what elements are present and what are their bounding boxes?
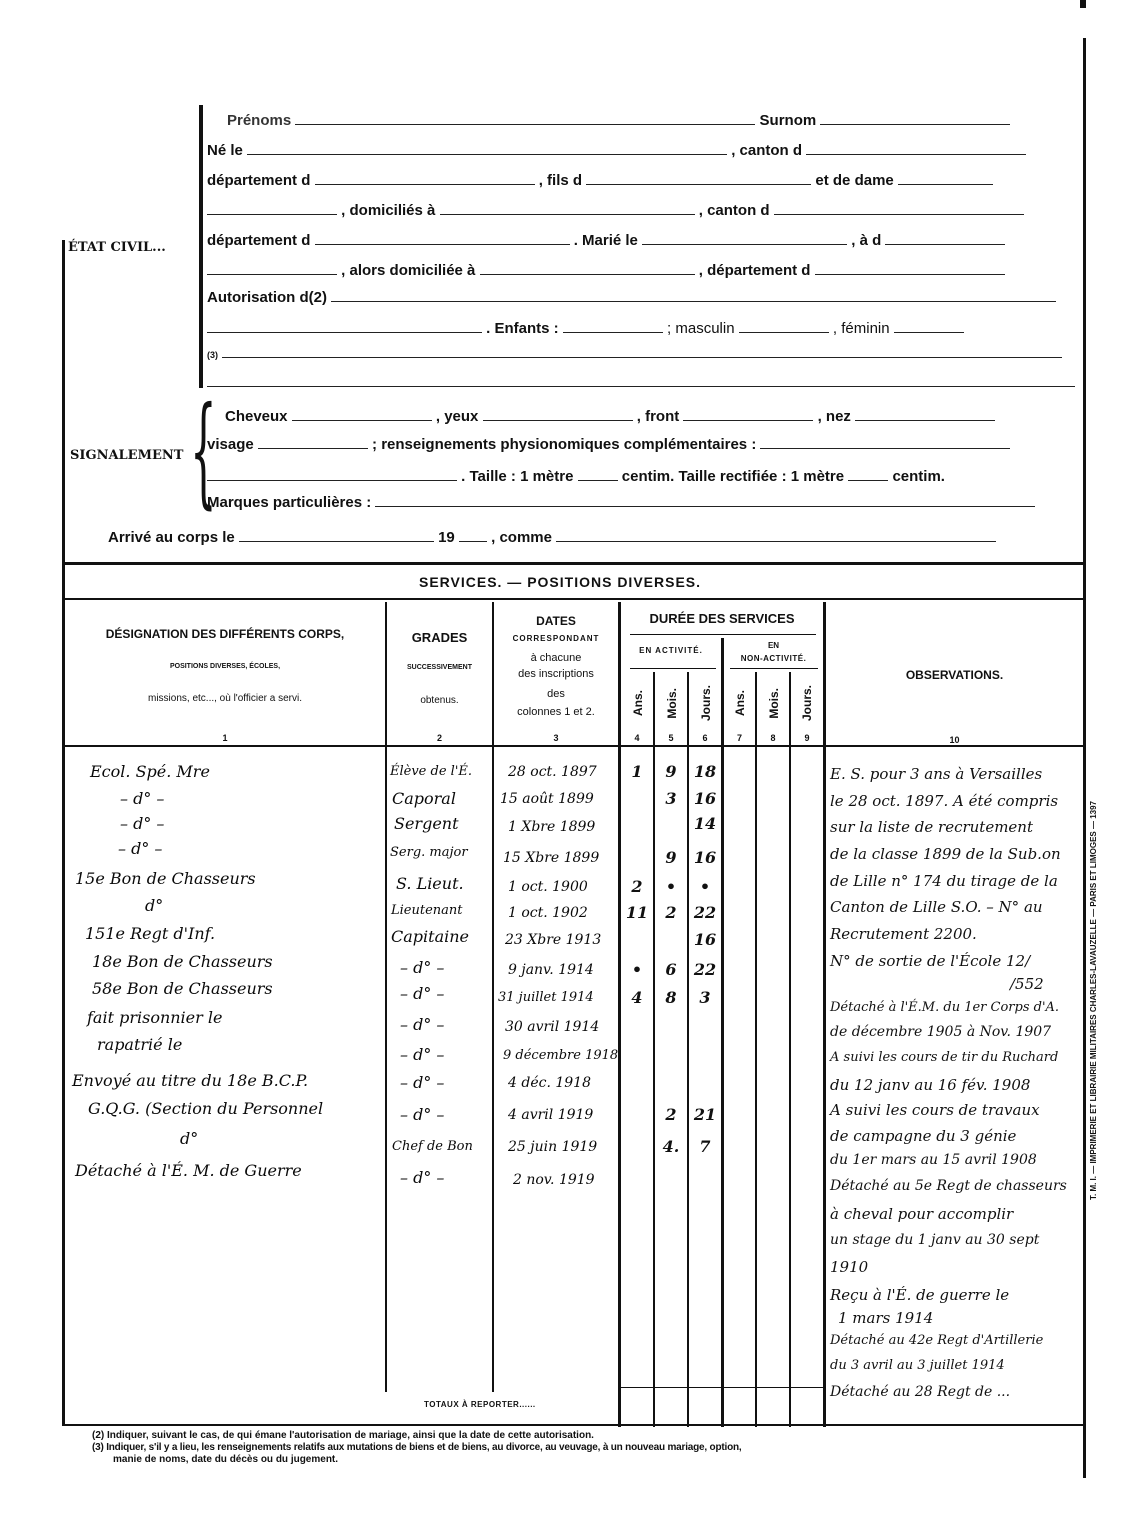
row-7-jours: 22 <box>689 955 721 985</box>
row-9-date: 30 avril 1914 <box>505 1012 599 1042</box>
obs-line-16: Détaché au 5e Regt de chasseurs <box>830 1178 1067 1194</box>
row-10-date: 9 décembre 1918 <box>503 1041 618 1071</box>
field-front[interactable] <box>683 406 813 421</box>
field-canton-1[interactable] <box>806 140 1026 155</box>
label-dame: et de dame <box>815 172 893 189</box>
label-comme: , comme <box>491 529 552 546</box>
label-taille: . Taille : 1 mètre <box>461 468 573 485</box>
sub-jours-1: Jours. <box>699 685 713 721</box>
row-autorisation: Autorisation d(2) <box>207 287 1080 311</box>
obs-line-8: /552 <box>1010 975 1044 993</box>
sub-num-9: 9 <box>791 733 823 743</box>
field-alors-pre[interactable] <box>207 260 337 275</box>
field-departement-2[interactable] <box>315 230 570 245</box>
row-2-jours: 14 <box>689 809 721 839</box>
observations-header: OBSERVATIONS. <box>826 668 1083 682</box>
observations-number: 10 <box>826 735 1083 745</box>
duree-header: DURÉE DES SERVICES <box>621 611 823 626</box>
label-marques: Marques particulières : <box>207 494 371 511</box>
label-visage: visage <box>207 436 254 453</box>
footnote-2: (2) Indiquer, suivant le cas, de qui éma… <box>92 1430 594 1441</box>
label-ne-le: Né le <box>207 142 243 159</box>
label-surnom: Surnom <box>760 112 817 129</box>
field-domicile-pre[interactable] <box>207 200 337 215</box>
row-0-mois: 9 <box>655 757 687 787</box>
row-6-date: 23 Xbre 1913 <box>505 925 601 955</box>
col-divider-2 <box>492 602 494 1392</box>
duree-brace <box>630 634 816 635</box>
row-0-jours: 18 <box>689 757 721 787</box>
row-13-jours: 7 <box>689 1132 721 1162</box>
field-pere[interactable] <box>586 170 811 185</box>
label-alors-domiciliee: , alors domiciliée à <box>341 262 475 279</box>
col3-header-line2: CORRESPONDANT <box>494 634 618 643</box>
field-note-3-cont[interactable] <box>207 372 1075 387</box>
field-autorisation-cont[interactable] <box>207 318 482 333</box>
obs-line-7: N° de sortie de l'École 12/ <box>830 952 1030 970</box>
row-3-mois: 9 <box>655 843 687 873</box>
row-1-date: 15 août 1899 <box>500 784 594 814</box>
side-imprint: T. M. I. — IMPRIMERIE ET LIBRAIRIE MILIT… <box>1089 620 1098 1200</box>
non-activite-brace <box>730 668 818 669</box>
row-11-date: 4 déc. 1918 <box>508 1068 591 1098</box>
obs-line-23: du 3 avril au 3 juillet 1914 <box>830 1358 1005 1373</box>
field-enfants[interactable] <box>563 318 663 333</box>
right-border <box>1083 38 1086 1478</box>
row-1-mois: 3 <box>655 784 687 814</box>
row-2-date: 1 Xbre 1899 <box>508 812 595 842</box>
row-8-mois: 8 <box>655 983 687 1013</box>
obs-line-9: Détaché à l'É.M. du 1er Corps d'A. <box>830 1000 1059 1015</box>
left-border <box>62 240 65 1425</box>
obs-line-20: Reçu à l'É. de guerre le <box>830 1286 1009 1304</box>
obs-line-12: du 12 janv au 16 fév. 1908 <box>830 1076 1030 1094</box>
row-6-grade: Capitaine <box>391 922 469 952</box>
etat-civil-label: ÉTAT CIVIL... <box>68 240 166 255</box>
field-cheveux[interactable] <box>292 406 432 421</box>
field-arrive-year[interactable] <box>459 527 487 542</box>
obs-line-3: de la classe 1899 de la Sub.on <box>830 845 1061 863</box>
col1-header-line2: POSITIONS DIVERSES, ÉCOLES, <box>66 663 384 670</box>
row-marie: département d . Marié le , à d <box>207 230 1080 254</box>
row-14-corps: Détaché à l'É. M. de Guerre <box>75 1156 302 1186</box>
col3-header-line4: des inscriptions <box>494 668 618 680</box>
col-divider-jours <box>721 638 724 1427</box>
field-alors-domiciliee[interactable] <box>480 260 695 275</box>
services-top-rule <box>65 562 1083 565</box>
label-note-3: (3) <box>207 350 218 360</box>
field-arrive-date[interactable] <box>239 527 434 542</box>
sub-num-5: 5 <box>655 733 687 743</box>
label-yeux: , yeux <box>436 408 479 425</box>
row-8-ans: 4 <box>621 983 653 1013</box>
obs-line-4: de Lille n° 174 du tirage de la <box>830 872 1058 890</box>
row-5-mois: 2 <box>655 898 687 928</box>
row-8-corps: 58e Bon de Chasseurs <box>92 974 273 1004</box>
footnote-3-cont: manie de noms, date du décès ou du jugem… <box>113 1454 338 1465</box>
row-8-date: 31 juillet 1914 <box>498 983 594 1013</box>
col3-header-line6: colonnes 1 et 2. <box>494 706 618 718</box>
row-note-3-cont <box>207 372 1080 396</box>
label-departement-2: département d <box>207 232 310 249</box>
label-centim: centim. <box>892 468 945 485</box>
col2-header-line2: SUCCESSIVEMENT <box>387 664 492 671</box>
row-13-grade: Chef de Bon <box>392 1132 473 1162</box>
row-7-corps: 18e Bon de Chasseurs <box>92 947 273 977</box>
row-prenoms: Prénoms Surnom <box>207 110 1080 134</box>
label-fils: , fils d <box>539 172 582 189</box>
label-a-d: , à d <box>851 232 881 249</box>
label-nez: , nez <box>818 408 851 425</box>
col3-header-line1: DATES <box>494 614 618 628</box>
obs-line-22: Détaché au 42e Regt d'Artillerie <box>830 1333 1043 1348</box>
row-departement-fils: département d , fils d et de dame <box>207 170 1080 194</box>
col2-number: 2 <box>387 733 492 743</box>
col1-header-line1: DÉSIGNATION DES DIFFÉRENTS CORPS, <box>66 627 384 641</box>
row-14-grade: – d° – <box>400 1163 444 1193</box>
services-bottom-rule <box>65 598 1083 600</box>
col1-header-line3: missions, etc..., où l'officier a servi. <box>66 693 384 704</box>
row-cheveux: Cheveux , yeux , front , nez <box>225 406 1080 430</box>
obs-line-6: Recrutement 2200. <box>830 925 977 943</box>
sub-num-8: 8 <box>757 733 789 743</box>
label-taille-rectifiee: centim. Taille rectifiée : 1 mètre <box>622 468 844 485</box>
label-prenoms: Prénoms <box>227 112 291 129</box>
field-renseignements[interactable] <box>760 434 1010 449</box>
sub-ans-2: Ans. <box>733 690 747 716</box>
field-taille-centim[interactable] <box>578 466 618 481</box>
field-autorisation[interactable] <box>331 287 1056 302</box>
obs-line-24: Détaché au 28 Regt de ... <box>830 1384 1010 1400</box>
row-10-grade: – d° – <box>400 1040 444 1070</box>
label-domicilies: , domiciliés à <box>341 202 435 219</box>
row-0-corps: Ecol. Spé. Mre <box>90 757 210 787</box>
sub-num-6: 6 <box>689 733 721 743</box>
col-divider-3 <box>618 602 621 1427</box>
row-3-jours: 16 <box>689 843 721 873</box>
label-enfants: . Enfants : <box>486 320 559 337</box>
label-marie-le: . Marié le <box>574 232 638 249</box>
signalement-label: SIGNALEMENT <box>70 448 183 463</box>
col3-header-line3: à chacune <box>494 652 618 664</box>
row-12-mois: 2 <box>655 1100 687 1130</box>
label-front: , front <box>637 408 680 425</box>
en-activite-header: EN ACTIVITÉ. <box>621 646 721 655</box>
obs-line-15: du 1er mars au 15 avril 1908 <box>830 1152 1037 1168</box>
obs-line-10: de décembre 1905 à Nov. 1907 <box>830 1024 1051 1040</box>
label-canton: , canton d <box>731 142 802 159</box>
sub-num-4: 4 <box>621 733 653 743</box>
sub-mois-2: Mois. <box>767 688 781 719</box>
header-bottom-rule <box>65 745 1083 747</box>
row-5-ans: 11 <box>621 898 653 928</box>
row-note-3: (3) <box>207 343 1080 367</box>
sub-num-7: 7 <box>724 733 755 743</box>
services-title: SERVICES. — POSITIONS DIVERSES. <box>65 574 1055 590</box>
col1-number: 1 <box>66 733 384 743</box>
row-taille: . Taille : 1 mètre centim. Taille rectif… <box>207 466 1080 490</box>
col-divider-mois2 <box>789 672 791 1427</box>
row-7-mois: 6 <box>655 955 687 985</box>
col2-header-line1: GRADES <box>387 630 492 645</box>
footnote-3: (3) Indiquer, s'il y a lieu, les renseig… <box>92 1442 741 1453</box>
obs-line-5: Canton de Lille S.O. – N° au <box>830 898 1043 916</box>
sub-mois-1: Mois. <box>665 688 679 719</box>
col3-header-line5: des <box>494 688 618 700</box>
obs-line-1: le 28 oct. 1897. A été compris <box>830 792 1058 810</box>
row-3-grade: Serg. major <box>390 838 468 868</box>
label-arrive: Arrivé au corps le <box>108 529 235 546</box>
row-8-jours: 3 <box>689 983 721 1013</box>
sub-ans-1: Ans. <box>631 690 645 716</box>
label-year-19: 19 <box>438 529 455 546</box>
row-0-grade: Élève de l'É. <box>390 757 472 787</box>
totals-rule <box>621 1387 823 1388</box>
label-departement: département d <box>207 172 310 189</box>
row-13-corps: d° <box>180 1124 198 1154</box>
field-departement-3[interactable] <box>815 260 1005 275</box>
field-domicilies[interactable] <box>440 200 695 215</box>
non-activite-header-2: NON-ACTIVITÉ. <box>724 654 823 663</box>
field-note-3[interactable] <box>222 343 1062 358</box>
obs-line-2: sur la liste de recrutement <box>830 818 1033 836</box>
row-7-ans: • <box>621 955 653 985</box>
field-masculin[interactable] <box>739 318 829 333</box>
row-13-date: 25 juin 1919 <box>508 1132 597 1162</box>
etat-civil-brace <box>199 105 203 388</box>
row-ne-le: Né le , canton d <box>207 140 1080 164</box>
row-3-corps: – d° – <box>118 834 162 864</box>
label-feminin: , féminin <box>833 320 890 337</box>
row-9-corps: fait prisonnier le <box>87 1003 222 1033</box>
row-0-ans: 1 <box>621 757 653 787</box>
obs-line-21: 1 mars 1914 <box>838 1309 933 1327</box>
col3-number: 3 <box>494 733 618 743</box>
row-14-date: 2 nov. 1919 <box>513 1165 595 1195</box>
obs-line-19: 1910 <box>830 1258 868 1276</box>
field-yeux[interactable] <box>483 406 633 421</box>
row-enfants: . Enfants : ; masculin , féminin <box>207 318 1080 342</box>
row-8-grade: – d° – <box>400 979 444 1009</box>
label-masculin: ; masculin <box>667 320 735 337</box>
row-domicilies: , domiciliés à , canton d <box>207 200 1080 224</box>
label-autorisation: Autorisation d(2) <box>207 289 327 306</box>
obs-line-18: un stage du 1 janv au 30 sept <box>830 1232 1039 1248</box>
obs-line-14: de campagne du 3 génie <box>830 1127 1016 1145</box>
activite-brace <box>630 668 716 669</box>
row-12-jours: 21 <box>689 1100 721 1130</box>
row-7-date: 9 janv. 1914 <box>508 955 594 985</box>
row-3-date: 15 Xbre 1899 <box>503 843 599 873</box>
field-marie-le[interactable] <box>642 230 847 245</box>
label-cheveux: Cheveux <box>225 408 288 425</box>
row-5-jours: 22 <box>689 898 721 928</box>
table-bottom-rule <box>62 1424 1083 1426</box>
row-4-grade: S. Lieut. <box>396 869 464 899</box>
field-prenoms[interactable] <box>295 110 755 125</box>
top-right-mark <box>1080 0 1086 8</box>
row-4-corps: 15e Bon de Chasseurs <box>75 864 256 894</box>
row-5-corps: d° <box>145 891 163 921</box>
row-10-corps: rapatrié le <box>97 1030 182 1060</box>
col-divider-ans2 <box>755 672 757 1427</box>
row-visage: visage ; renseignements physionomiques c… <box>207 434 1080 458</box>
field-taille-pre[interactable] <box>207 466 457 481</box>
field-departement-1[interactable] <box>315 170 535 185</box>
row-5-date: 1 oct. 1902 <box>508 898 588 928</box>
field-marques[interactable] <box>375 492 1035 507</box>
obs-line-0: E. S. pour 3 ans à Versailles <box>830 765 1042 783</box>
field-taille-rectifiee-centim[interactable] <box>848 466 888 481</box>
col-divider-obs <box>823 602 826 1427</box>
row-marques: Marques particulières : <box>207 492 1080 516</box>
row-0-date: 28 oct. 1897 <box>508 757 597 787</box>
row-11-grade: – d° – <box>400 1068 444 1098</box>
field-surnom[interactable] <box>820 110 1010 125</box>
label-departement-3: , département d <box>699 262 811 279</box>
label-renseignements: ; renseignements physionomiques compléme… <box>372 436 756 453</box>
col-divider-1 <box>385 602 387 1392</box>
row-12-corps: G.Q.G. (Section du Personnel <box>88 1094 323 1124</box>
row-13-mois: 4. <box>655 1132 687 1162</box>
field-mere[interactable] <box>898 170 993 185</box>
field-a-d[interactable] <box>885 230 1005 245</box>
row-11-corps: Envoyé au titre du 18e B.C.P. <box>72 1066 308 1096</box>
field-ne-le[interactable] <box>247 140 727 155</box>
label-canton-2: , canton d <box>699 202 770 219</box>
row-alors-domiciliee: , alors domiciliée à , département d <box>207 260 1080 284</box>
row-arrive: Arrivé au corps le 19 , comme <box>108 527 1080 551</box>
non-activite-header-1: EN <box>724 641 823 650</box>
obs-line-11: A suivi les cours de tir du Ruchard <box>830 1050 1058 1065</box>
row-9-grade: – d° – <box>400 1010 444 1040</box>
field-comme[interactable] <box>556 527 996 542</box>
field-feminin[interactable] <box>894 318 964 333</box>
field-canton-2[interactable] <box>774 200 1024 215</box>
obs-line-17: à cheval pour accomplir <box>830 1205 1013 1223</box>
col2-header-line3: obtenus. <box>387 695 492 706</box>
row-2-grade: Sergent <box>394 809 459 839</box>
field-visage[interactable] <box>258 434 368 449</box>
row-12-date: 4 avril 1919 <box>508 1100 593 1130</box>
obs-line-13: A suivi les cours de travaux <box>830 1101 1040 1119</box>
field-nez[interactable] <box>855 406 995 421</box>
totals-label: TOTAUX À REPORTER...... <box>424 1400 536 1409</box>
row-6-corps: 151e Regt d'Inf. <box>85 919 215 949</box>
row-12-grade: – d° – <box>400 1100 444 1130</box>
row-6-jours: 16 <box>689 925 721 955</box>
sub-jours-2: Jours. <box>800 685 814 721</box>
